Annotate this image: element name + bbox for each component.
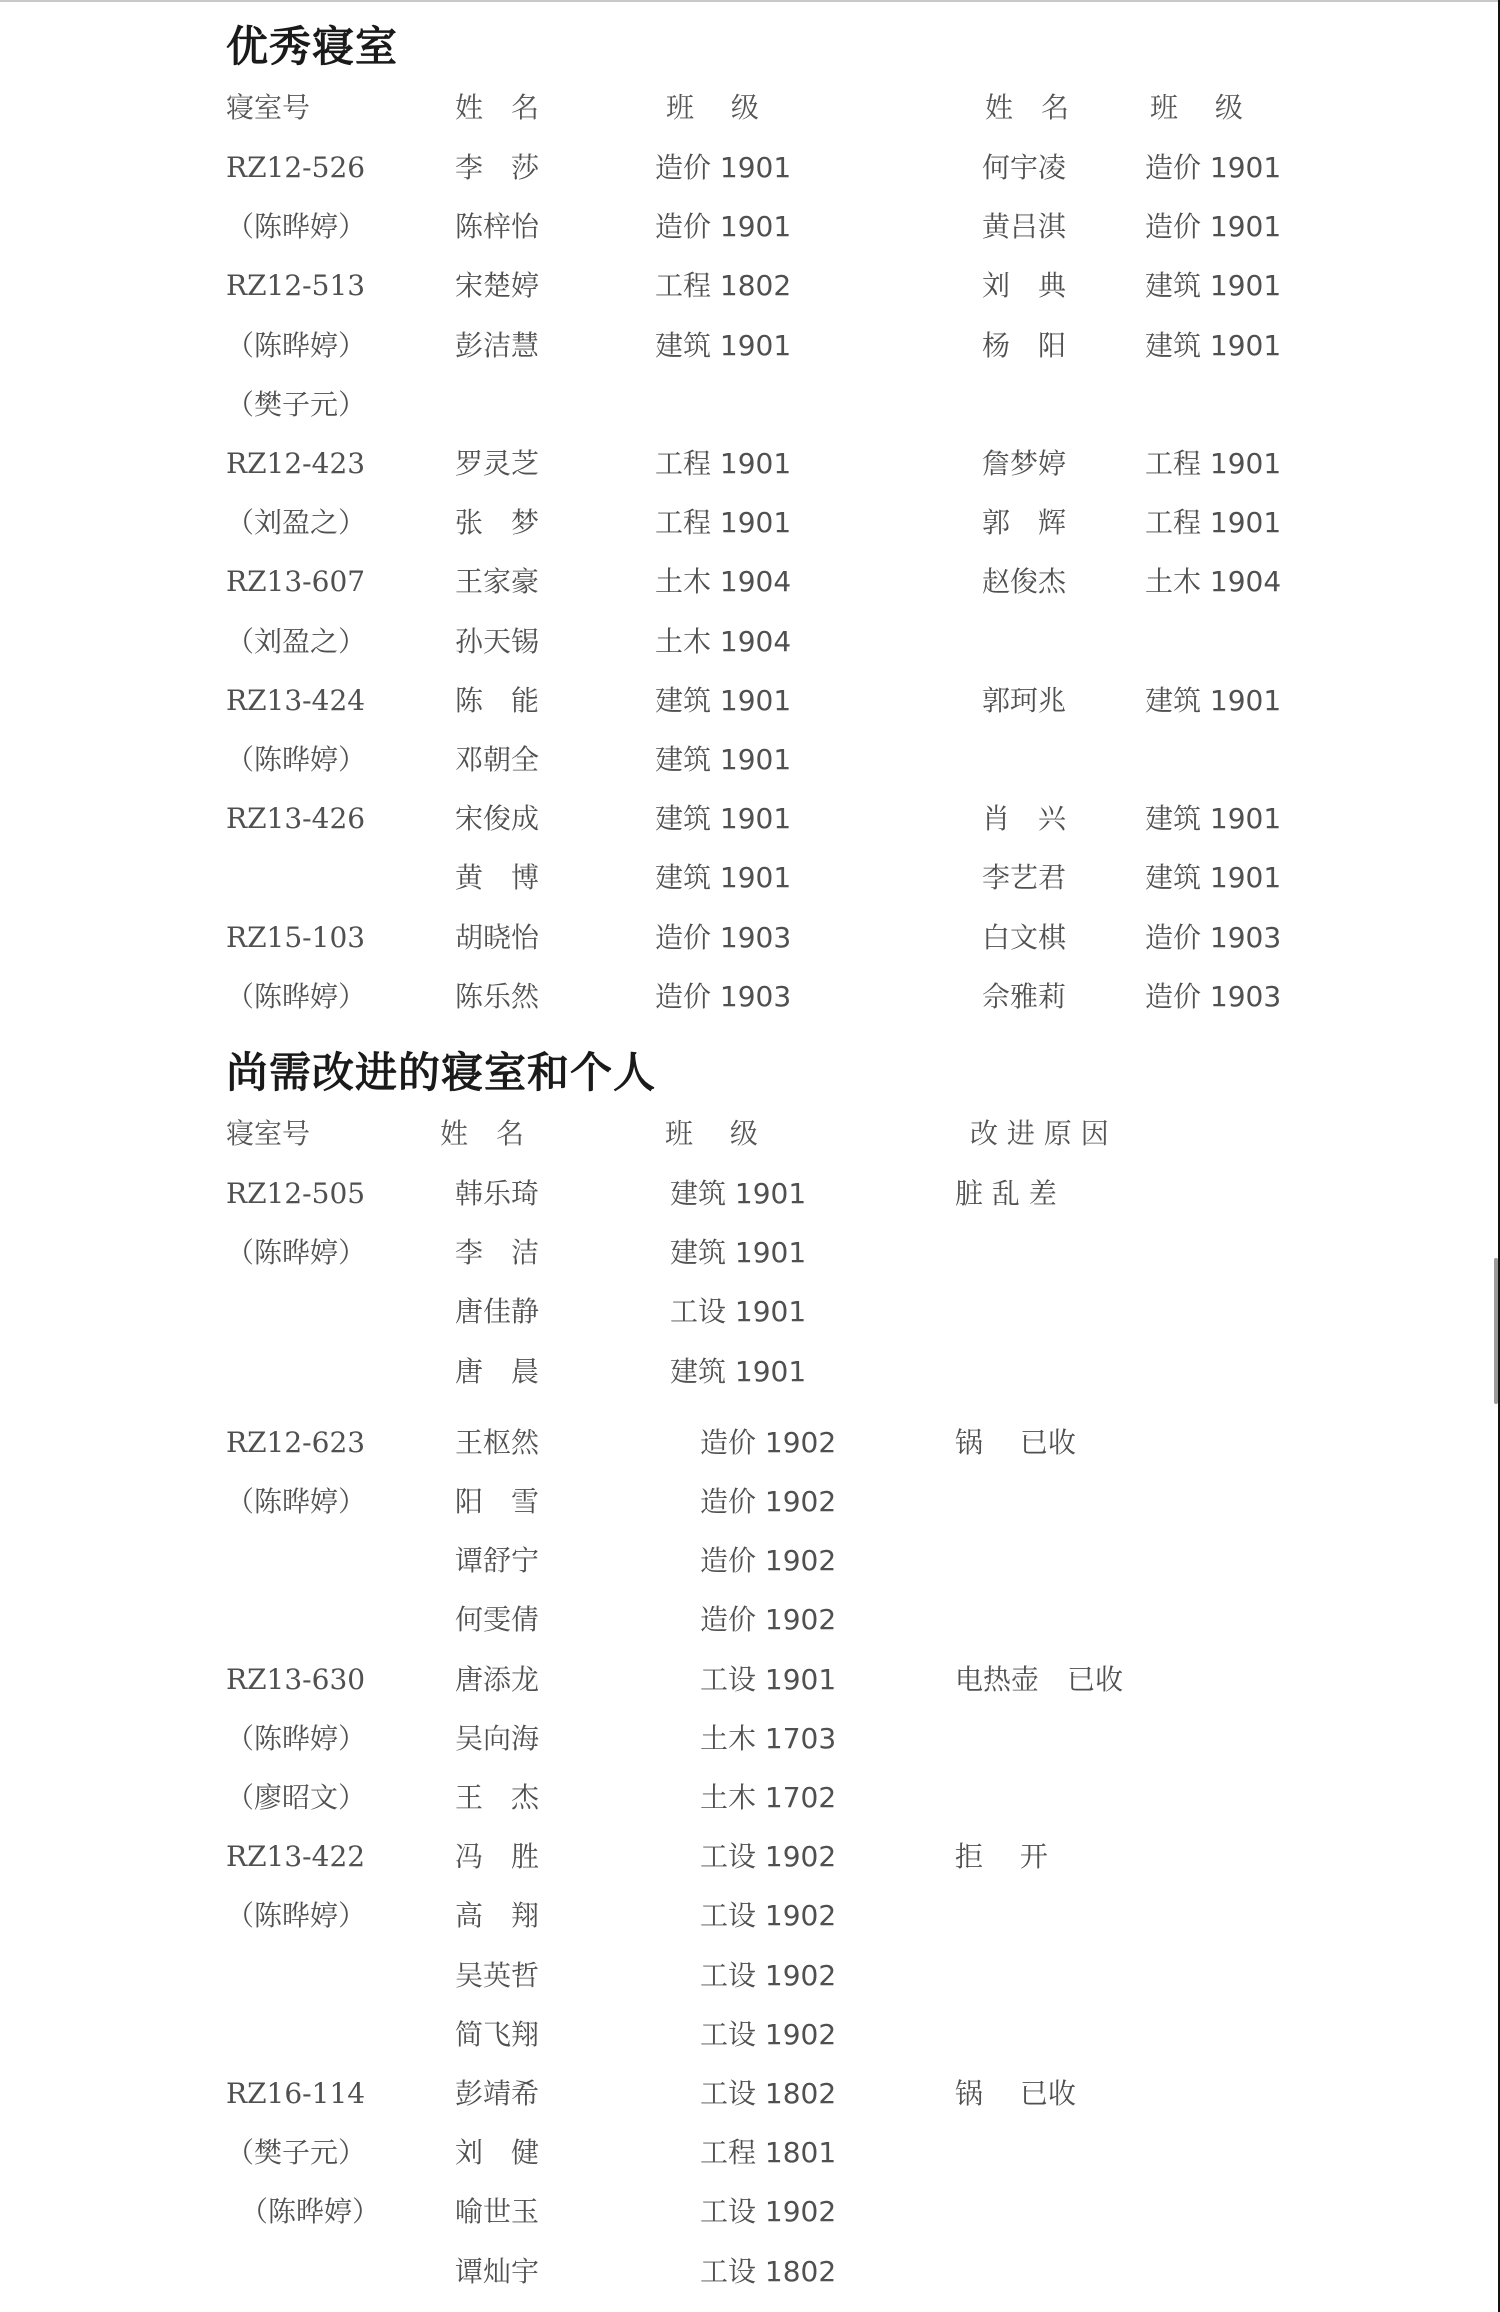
- top-border: [0, 0, 1500, 2]
- student-name: 吴英哲: [455, 1958, 539, 1994]
- student-name: 陈乐然: [455, 979, 539, 1015]
- student-class: 建筑 1901: [655, 860, 791, 896]
- room-number: （陈晔婷）: [226, 1721, 366, 1757]
- student-class: 工设 1802: [700, 2254, 836, 2290]
- improvement-reason: 锅 已收: [955, 1425, 1076, 1461]
- student-name: 唐佳静: [455, 1294, 539, 1330]
- student-name: 肖 兴: [982, 801, 1066, 837]
- room-number: RZ12-526: [226, 150, 365, 186]
- student-class: 造价 1901: [1145, 150, 1281, 186]
- student-name: 白文棋: [982, 920, 1066, 956]
- improvement-reason: 拒 开: [955, 1839, 1048, 1875]
- room-number: RZ12-513: [226, 268, 365, 304]
- student-class: 工设 1902: [700, 2017, 836, 2053]
- student-class: 土木 1904: [655, 624, 791, 660]
- student-class: 造价 1901: [1145, 209, 1281, 245]
- room-number: RZ13-424: [226, 683, 365, 719]
- student-name: 李 莎: [455, 150, 539, 186]
- room-number: RZ12-623: [226, 1425, 365, 1461]
- student-name: 郭 辉: [982, 505, 1066, 541]
- student-class: 造价 1903: [1145, 979, 1281, 1015]
- header-room: 寝室号: [226, 1116, 310, 1152]
- student-name: 何雯倩: [455, 1602, 539, 1638]
- student-class: 工设 1802: [700, 2076, 836, 2112]
- improvement-reason: 电热壶 已收: [955, 1662, 1123, 1698]
- student-class: 建筑 1901: [655, 742, 791, 778]
- student-name: 李艺君: [982, 860, 1066, 896]
- student-class: 造价 1902: [700, 1425, 836, 1461]
- student-class: 建筑 1901: [655, 801, 791, 837]
- student-class: 建筑 1901: [655, 328, 791, 364]
- student-class: 工程 1901: [1145, 446, 1281, 482]
- student-name: 吴向海: [455, 1721, 539, 1757]
- room-number: RZ13-426: [226, 801, 365, 837]
- room-number: RZ13-422: [226, 1839, 365, 1875]
- student-name: 陈 能: [455, 683, 539, 719]
- student-class: 工程 1901: [655, 446, 791, 482]
- student-class: 工设 1902: [700, 1898, 836, 1934]
- room-number: （廖昭文）: [226, 1780, 366, 1816]
- student-name: 胡晓怡: [455, 920, 539, 956]
- room-number: （陈晔婷）: [226, 979, 366, 1015]
- student-name: 李 洁: [455, 1235, 539, 1271]
- student-name: 韩乐琦: [455, 1176, 539, 1212]
- header-class-2: 班 级: [1150, 90, 1243, 126]
- student-name: 高 翔: [455, 1898, 539, 1934]
- student-name: 唐 晨: [455, 1354, 539, 1390]
- student-name: 张 梦: [455, 505, 539, 541]
- student-class: 建筑 1901: [1145, 801, 1281, 837]
- student-name: 彭靖希: [455, 2076, 539, 2112]
- student-class: 土木 1904: [655, 564, 791, 600]
- student-class: 造价 1903: [655, 920, 791, 956]
- room-number: （陈晔婷）: [226, 1898, 366, 1934]
- header-room: 寝室号: [226, 90, 310, 126]
- student-name: 彭洁慧: [455, 328, 539, 364]
- student-class: 工设 1901: [700, 1662, 836, 1698]
- room-number: （刘盈之）: [226, 505, 366, 541]
- student-name: 唐添龙: [455, 1662, 539, 1698]
- room-number: RZ13-607: [226, 564, 365, 600]
- student-name: 郭珂兆: [982, 683, 1066, 719]
- student-name: 黄吕淇: [982, 209, 1066, 245]
- student-class: 工设 1902: [700, 1958, 836, 1994]
- room-number: （陈晔婷）: [226, 742, 366, 778]
- student-class: 造价 1902: [700, 1484, 836, 1520]
- student-name: 佘雅莉: [982, 979, 1066, 1015]
- student-class: 造价 1902: [700, 1543, 836, 1579]
- student-class: 土木 1702: [700, 1780, 836, 1816]
- student-name: 谭灿宇: [455, 2254, 539, 2290]
- improvement-reason: 脏 乱 差: [955, 1176, 1057, 1212]
- student-class: 造价 1901: [655, 150, 791, 186]
- student-class: 建筑 1901: [1145, 860, 1281, 896]
- student-name: 冯 胜: [455, 1839, 539, 1875]
- student-name: 王家豪: [455, 564, 539, 600]
- student-class: 造价 1903: [655, 979, 791, 1015]
- student-name: 赵俊杰: [982, 564, 1066, 600]
- header-class: 班 级: [666, 90, 759, 126]
- student-class: 建筑 1901: [670, 1235, 806, 1271]
- room-number: RZ12-423: [226, 446, 365, 482]
- student-name: 王 杰: [455, 1780, 539, 1816]
- room-number: （樊子元）: [226, 2135, 366, 2171]
- room-number: （陈晔婷）: [226, 1235, 366, 1271]
- student-name: 詹梦婷: [982, 446, 1066, 482]
- student-class: 工程 1901: [655, 505, 791, 541]
- header-name-2: 姓 名: [985, 90, 1069, 126]
- improvement-reason: 锅 已收: [955, 2076, 1076, 2112]
- header-class: 班 级: [665, 1116, 758, 1152]
- student-class: 建筑 1901: [655, 683, 791, 719]
- scrollbar[interactable]: [1494, 1258, 1498, 1404]
- student-class: 工程 1801: [700, 2135, 836, 2171]
- student-class: 建筑 1901: [670, 1354, 806, 1390]
- student-class: 工设 1902: [700, 2194, 836, 2230]
- room-number: RZ12-505: [226, 1176, 365, 1212]
- student-class: 造价 1901: [655, 209, 791, 245]
- student-class: 建筑 1901: [1145, 328, 1281, 364]
- room-number: （陈晔婷）: [226, 1484, 366, 1520]
- student-name: 罗灵芝: [455, 446, 539, 482]
- header-name: 姓 名: [440, 1116, 524, 1152]
- student-name: 谭舒宁: [455, 1543, 539, 1579]
- student-name: 何宇凌: [982, 150, 1066, 186]
- student-name: 宋楚婷: [455, 268, 539, 304]
- student-class: 土木 1703: [700, 1721, 836, 1757]
- student-name: 刘 典: [982, 268, 1066, 304]
- student-name: 简飞翔: [455, 2017, 539, 2053]
- student-class: 工设 1902: [700, 1839, 836, 1875]
- student-name: 王枢然: [455, 1425, 539, 1461]
- student-class: 土木 1904: [1145, 564, 1281, 600]
- student-name: 宋俊成: [455, 801, 539, 837]
- student-name: 喻世玉: [455, 2194, 539, 2230]
- student-class: 造价 1902: [700, 1602, 836, 1638]
- section-title-excellent-dorms: 优秀寝室: [226, 14, 398, 74]
- student-name: 阳 雪: [455, 1484, 539, 1520]
- student-class: 建筑 1901: [1145, 683, 1281, 719]
- student-class: 工程 1901: [1145, 505, 1281, 541]
- header-name: 姓 名: [455, 90, 539, 126]
- student-name: 杨 阳: [982, 328, 1066, 364]
- room-number: （刘盈之）: [226, 624, 366, 660]
- student-class: 建筑 1901: [670, 1176, 806, 1212]
- student-name: 孙天锡: [455, 624, 539, 660]
- section-title-needs-improvement: 尚需改进的寝室和个人: [226, 1040, 656, 1100]
- student-class: 工程 1802: [655, 268, 791, 304]
- student-class: 工设 1901: [670, 1294, 806, 1330]
- room-number: （樊子元）: [226, 387, 366, 423]
- header-reason: 改 进 原 因: [970, 1116, 1109, 1152]
- room-number: （陈晔婷）: [226, 209, 366, 245]
- room-number: RZ16-114: [226, 2076, 365, 2112]
- room-number: （陈晔婷）: [240, 2194, 380, 2230]
- student-class: 建筑 1901: [1145, 268, 1281, 304]
- student-class: 造价 1903: [1145, 920, 1281, 956]
- student-name: 黄 博: [455, 860, 539, 896]
- room-number: （陈晔婷）: [226, 328, 366, 364]
- student-name: 邓朝全: [455, 742, 539, 778]
- room-number: RZ15-103: [226, 920, 365, 956]
- student-name: 陈梓怡: [455, 209, 539, 245]
- room-number: RZ13-630: [226, 1662, 365, 1698]
- student-name: 刘 健: [455, 2135, 539, 2171]
